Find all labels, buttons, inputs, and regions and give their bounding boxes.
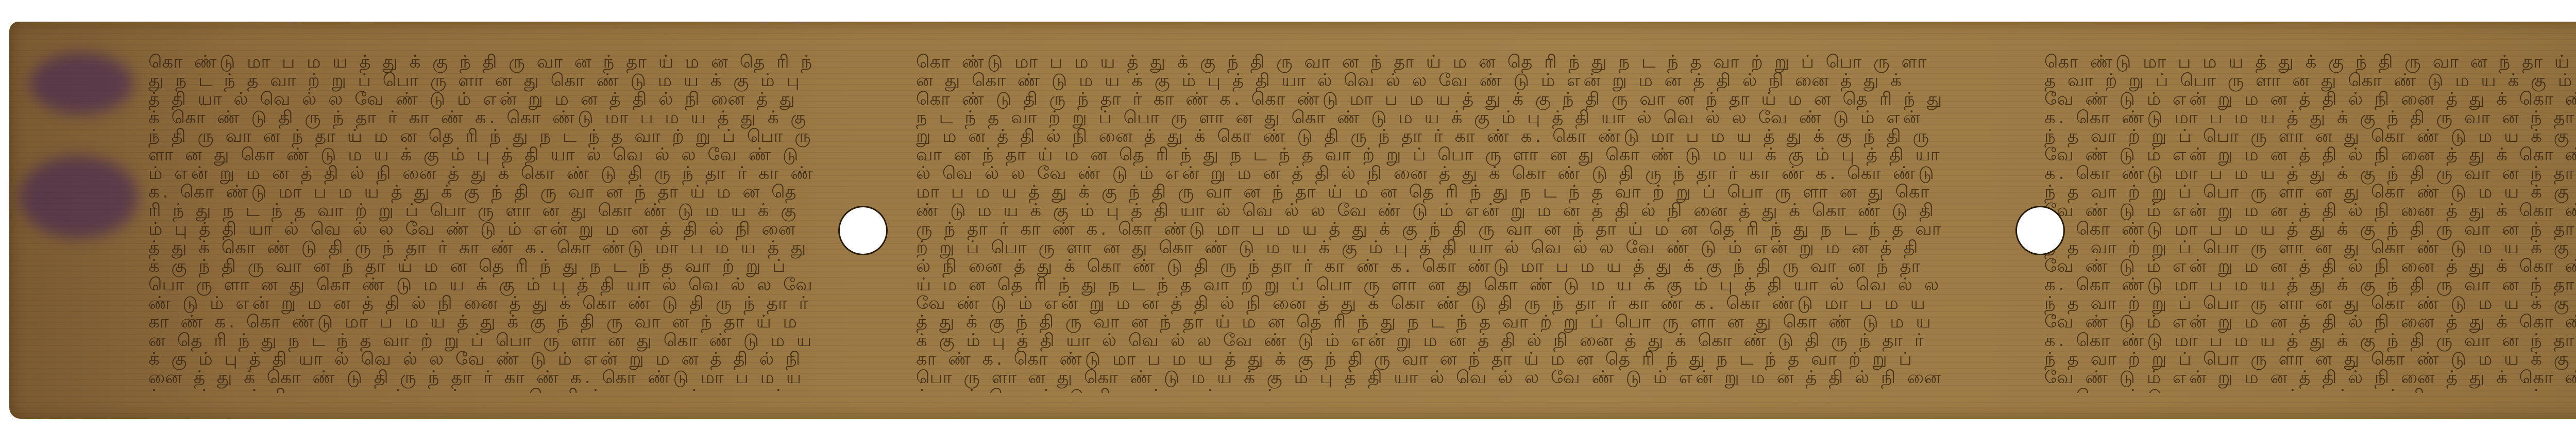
- ink-stain-top: [30, 53, 133, 114]
- string-hole-right: [2017, 207, 2063, 254]
- manuscript-text-middle: கொ ண்டு மா ப ம ய த் து க் கு ந் தி ரு வா…: [916, 53, 1946, 393]
- ink-stain-bottom: [20, 156, 138, 238]
- palm-leaf: கொ ண்டு மா ப ம ய த் து க் கு ந் தி ரு வா…: [9, 22, 2576, 419]
- manuscript-text-right: கொ ண்டு மா ப ம ய த் து க் கு ந் தி ரு வா…: [2044, 53, 2576, 393]
- string-hole-left: [840, 207, 886, 254]
- manuscript-text-left: கொ ண்டு மா ப ம ய த் து க் கு ந் தி ரு வா…: [148, 53, 818, 393]
